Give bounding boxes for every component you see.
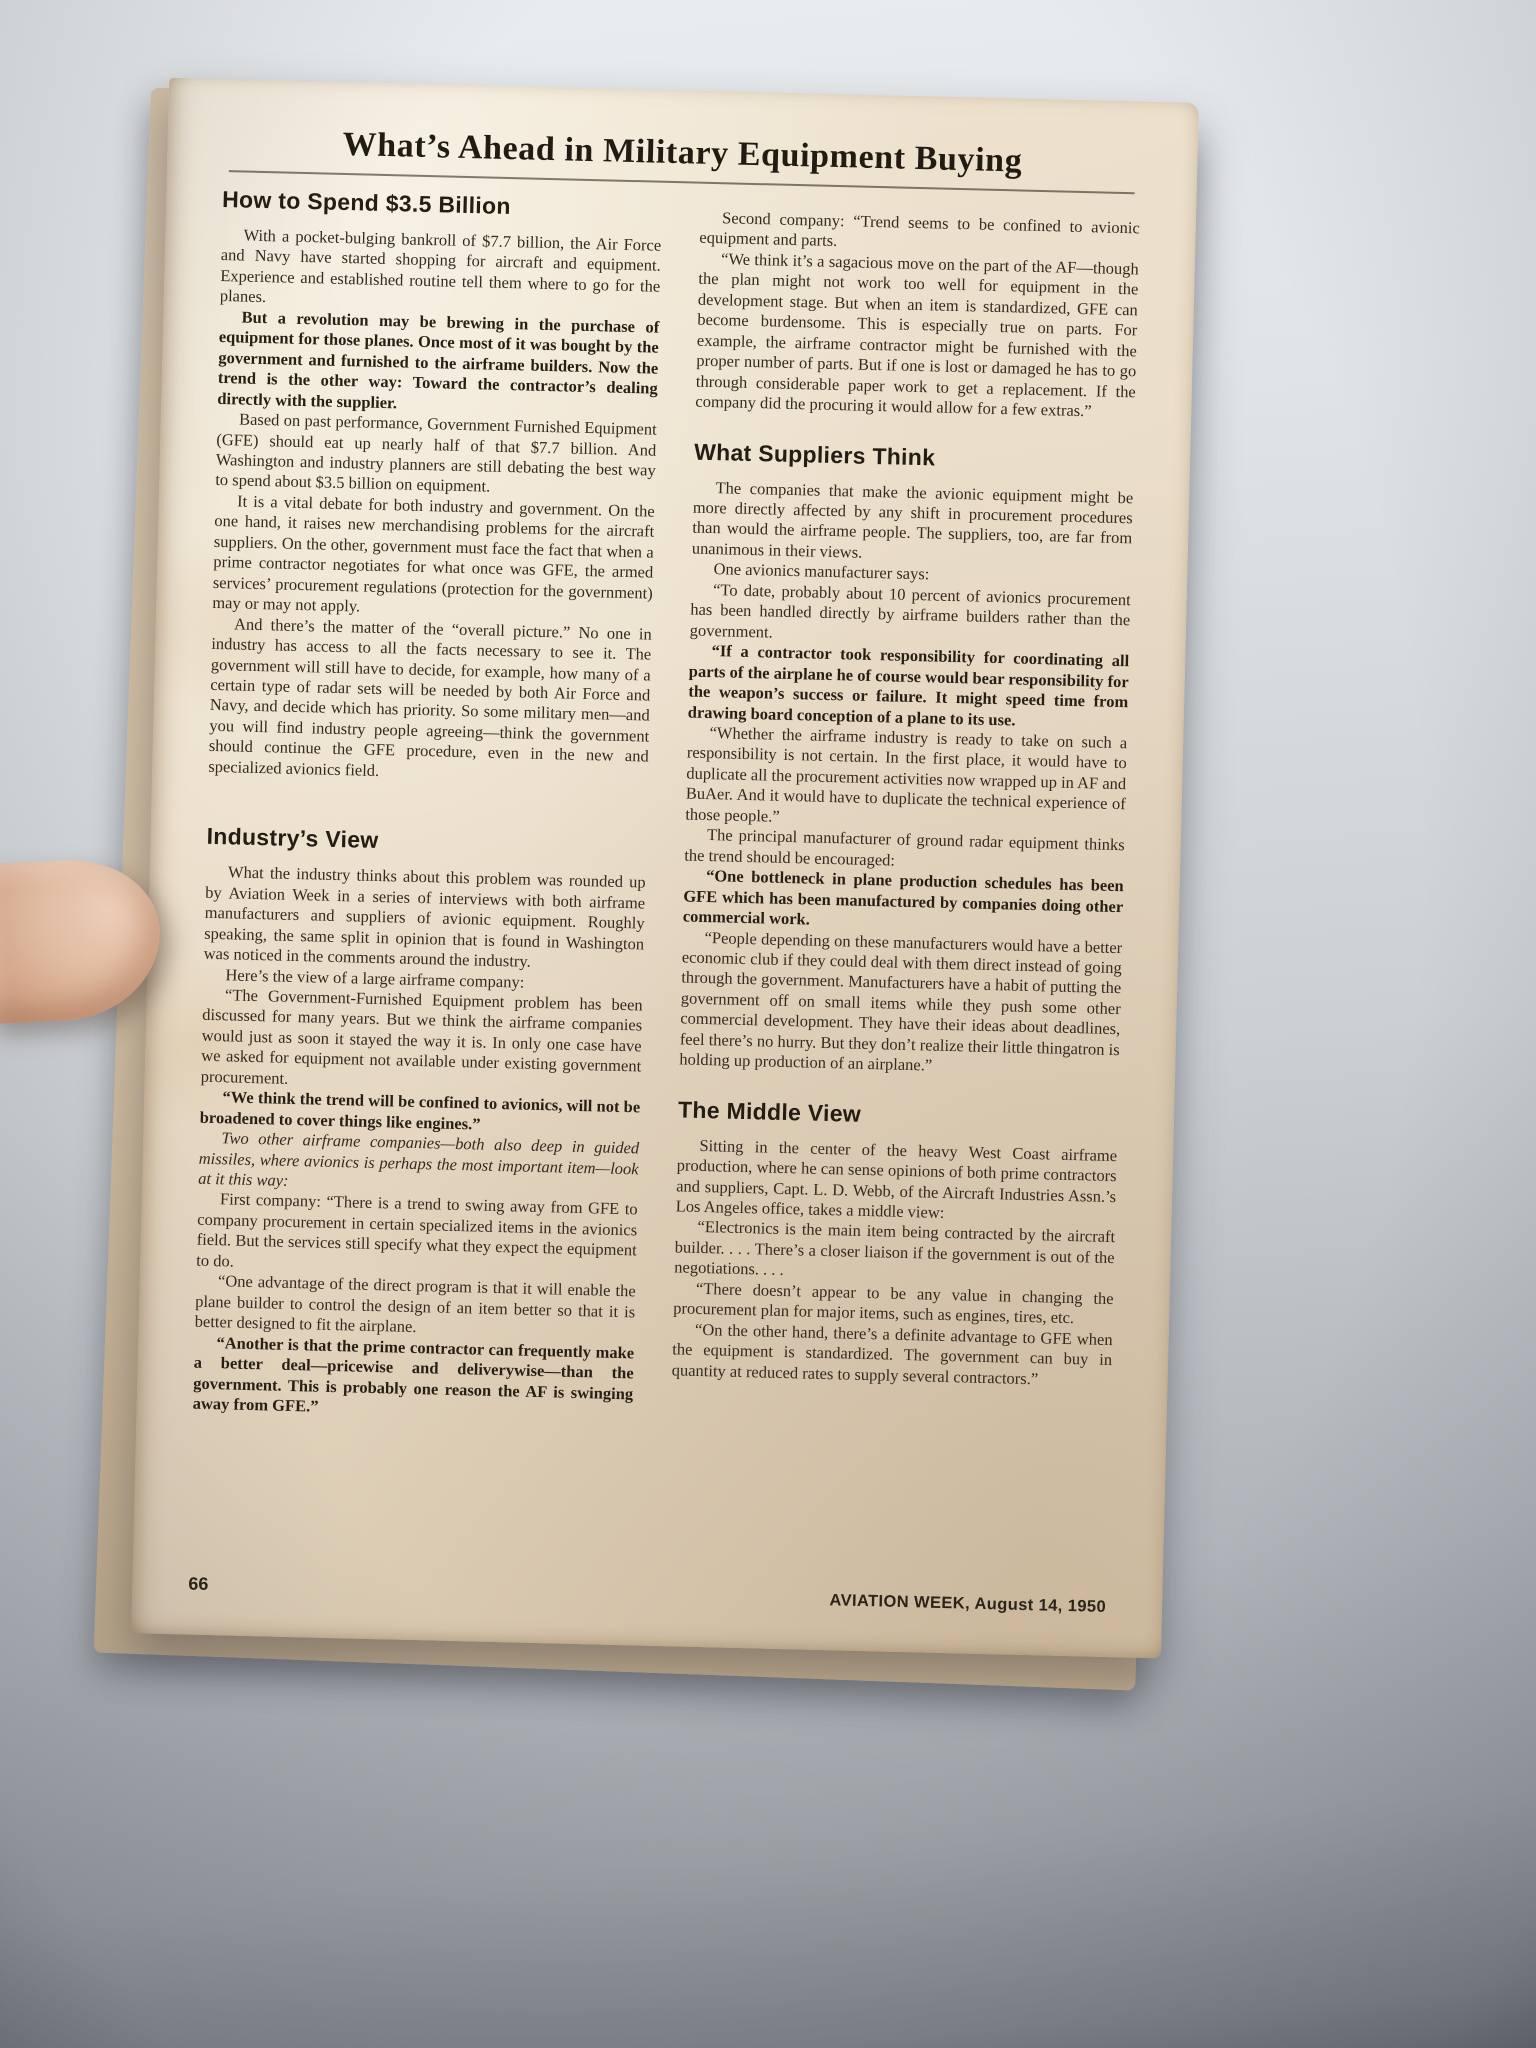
page-footer: 66 AVIATION WEEK, August 14, 1950 — [188, 1574, 1106, 1617]
article-paragraph: Two other airframe companies—both also d… — [198, 1128, 639, 1200]
right-column: Second company: “Trend seems to be confi… — [670, 196, 1140, 1437]
section-heading-how-to-spend: How to Spend $3.5 Billion — [222, 186, 663, 224]
article-paragraph: “We think it’s a sagacious move on the p… — [695, 249, 1139, 423]
article-paragraph: “Whether the airframe industry is ready … — [685, 722, 1127, 835]
article-paragraph: But a revolution may be brewing in the p… — [217, 307, 659, 420]
article-paragraph: And there’s the matter of the “overall p… — [208, 613, 652, 787]
section-heading-what-suppliers-think: What Suppliers Think — [694, 438, 1135, 476]
article-paragraph: “People depending on these manufacturers… — [679, 927, 1122, 1081]
article-paragraph: It is a vital debate for both industry a… — [212, 491, 655, 624]
article-paragraph: “Another is that the prime contractor ca… — [193, 1332, 635, 1425]
article-paragraph: “If a contractor took responsibility for… — [688, 641, 1130, 734]
article-paragraph: “One bottleneck in plane production sche… — [683, 866, 1124, 938]
article-paragraph: The companies that make the avionic equi… — [692, 477, 1134, 570]
issue-date-line: AVIATION WEEK, August 14, 1950 — [829, 1591, 1106, 1617]
article-paragraph: Sitting in the center of the heavy West … — [675, 1135, 1117, 1228]
article-paragraph: “One advantage of the direct program is … — [195, 1271, 636, 1343]
article-paragraph: Based on past performance, Government Fu… — [215, 409, 657, 502]
article-title: What’s Ahead in Military Equipment Buyin… — [229, 123, 1136, 194]
article-paragraph: “To date, probably about 10 percent of a… — [690, 579, 1131, 651]
photo-of-magazine-page: { "article": { "title": "What’s Ahead in… — [0, 0, 1536, 2048]
page-number: 66 — [188, 1574, 209, 1595]
article-paragraph: “Electronics is the main item being cont… — [674, 1217, 1115, 1289]
left-column: How to Spend $3.5 Billion With a pocket-… — [193, 184, 663, 1425]
article-paragraph: What the industry thinks about this prob… — [204, 862, 646, 975]
article-paragraph: First company: “There is a trend to swin… — [196, 1189, 638, 1282]
section-heading-industrys-view: Industry’s View — [206, 823, 647, 861]
article-paragraph: With a pocket-bulging bankroll of $7.7 b… — [220, 225, 662, 318]
article-paragraph: “On the other hand, there’s a definite a… — [671, 1319, 1112, 1391]
section-heading-the-middle-view: The Middle View — [678, 1096, 1119, 1134]
article-paragraph: “The Government-Furnished Equipment prob… — [201, 985, 643, 1098]
magazine-page: What’s Ahead in Military Equipment Buyin… — [131, 78, 1199, 1659]
article-columns: How to Spend $3.5 Billion With a pocket-… — [193, 184, 1141, 1437]
